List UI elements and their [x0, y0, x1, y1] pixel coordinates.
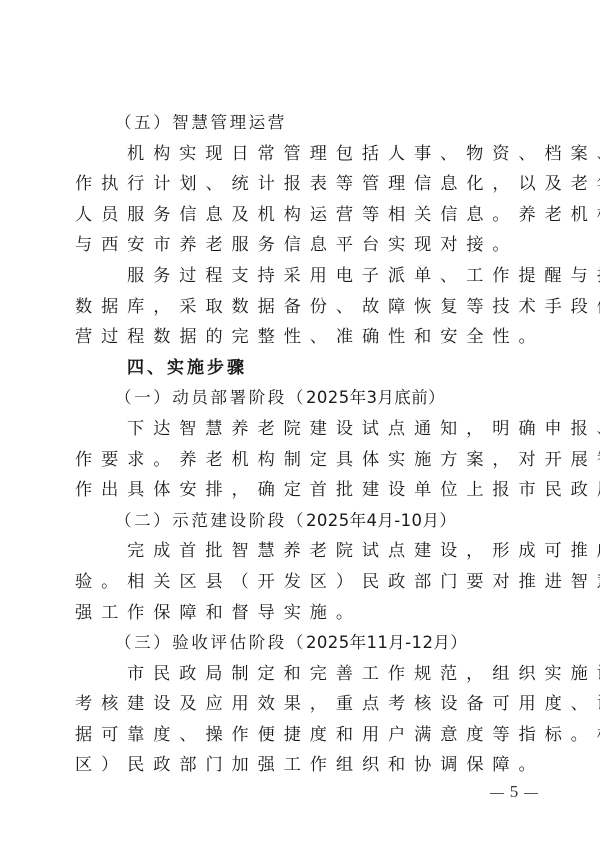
- paragraph-line: 服务过程支持采用电子派单、工作提醒与执行签名，建立: [75, 261, 525, 292]
- step-heading-prefix: （一）动员部署阶段（: [115, 388, 306, 407]
- step-heading-prefix: （三）验收评估阶段（: [115, 633, 306, 652]
- step-heading-suffix: ）: [450, 633, 469, 652]
- paragraph-line: 强工作保障和督导实施。: [75, 598, 525, 629]
- paragraph-line: 人员服务信息及机构运营等相关信息。养老机构相关信息数据: [75, 200, 525, 231]
- step-heading-prefix: （二）示范建设阶段（: [115, 511, 306, 530]
- paragraph-line: 考核建设及应用效果，重点考核设备可用度、设备应用度、数: [75, 689, 525, 720]
- paragraph-line: 数据库，采取数据备份、故障恢复等技术手段保证机构服务运: [75, 292, 525, 323]
- document-body: （五）智慧管理运营 机构实现日常管理包括人事、物资、档案、服务计划、工 作执行计…: [75, 108, 525, 781]
- step-heading: （二）示范建设阶段（2025年4月-10月）: [75, 506, 525, 537]
- step-heading: （一）动员部署阶段（2025年3月底前）: [75, 383, 525, 414]
- paragraph-line: 据可靠度、操作便捷度和用户满意度等指标。相关区县（开发: [75, 720, 525, 751]
- paragraph-line: 完成首批智慧养老院试点建设，形成可推广的试点示范经: [75, 536, 525, 567]
- paragraph-line: 作出具体安排，确定首批建设单位上报市民政局。: [75, 475, 525, 506]
- paragraph-line: 与西安市养老服务信息平台实现对接。: [75, 230, 525, 261]
- paragraph-line: 作执行计划、统计报表等管理信息化，以及老年人信息、护理: [75, 169, 525, 200]
- step-heading-suffix: ）: [428, 388, 447, 407]
- step-heading-date: 2025年3月底前: [306, 388, 428, 407]
- main-heading: 四、实施步骤: [75, 353, 525, 384]
- step-heading-date: 2025年11月-12月: [306, 633, 450, 652]
- document-page: （五）智慧管理运营 机构实现日常管理包括人事、物资、档案、服务计划、工 作执行计…: [0, 0, 600, 853]
- step-heading: （三）验收评估阶段（2025年11月-12月）: [75, 628, 525, 659]
- section-heading: （五）智慧管理运营: [75, 108, 525, 139]
- paragraph-line: 市民政局制定和完善工作规范，组织实施评估验收，主要: [75, 659, 525, 690]
- paragraph-line: 验。相关区县（开发区）民政部门要对推进智慧养老院建设加: [75, 567, 525, 598]
- step-heading-date: 2025年4月-10月: [306, 511, 439, 530]
- page-number-value: 5: [510, 782, 519, 801]
- page-number: 5: [474, 782, 554, 802]
- dash-right-decoration: [524, 793, 538, 794]
- paragraph-line: 下达智慧养老院建设试点通知，明确申报、建设和验收工: [75, 414, 525, 445]
- paragraph-line: 营过程数据的完整性、准确性和安全性。: [75, 322, 525, 353]
- paragraph-line: 作要求。养老机构制定具体实施方案，对开展智慧养老院建设: [75, 445, 525, 476]
- paragraph-line: 机构实现日常管理包括人事、物资、档案、服务计划、工: [75, 139, 525, 170]
- paragraph-line: 区）民政部门加强工作组织和协调保障。: [75, 750, 525, 781]
- step-heading-suffix: ）: [439, 511, 458, 530]
- dash-left-decoration: [490, 793, 504, 794]
